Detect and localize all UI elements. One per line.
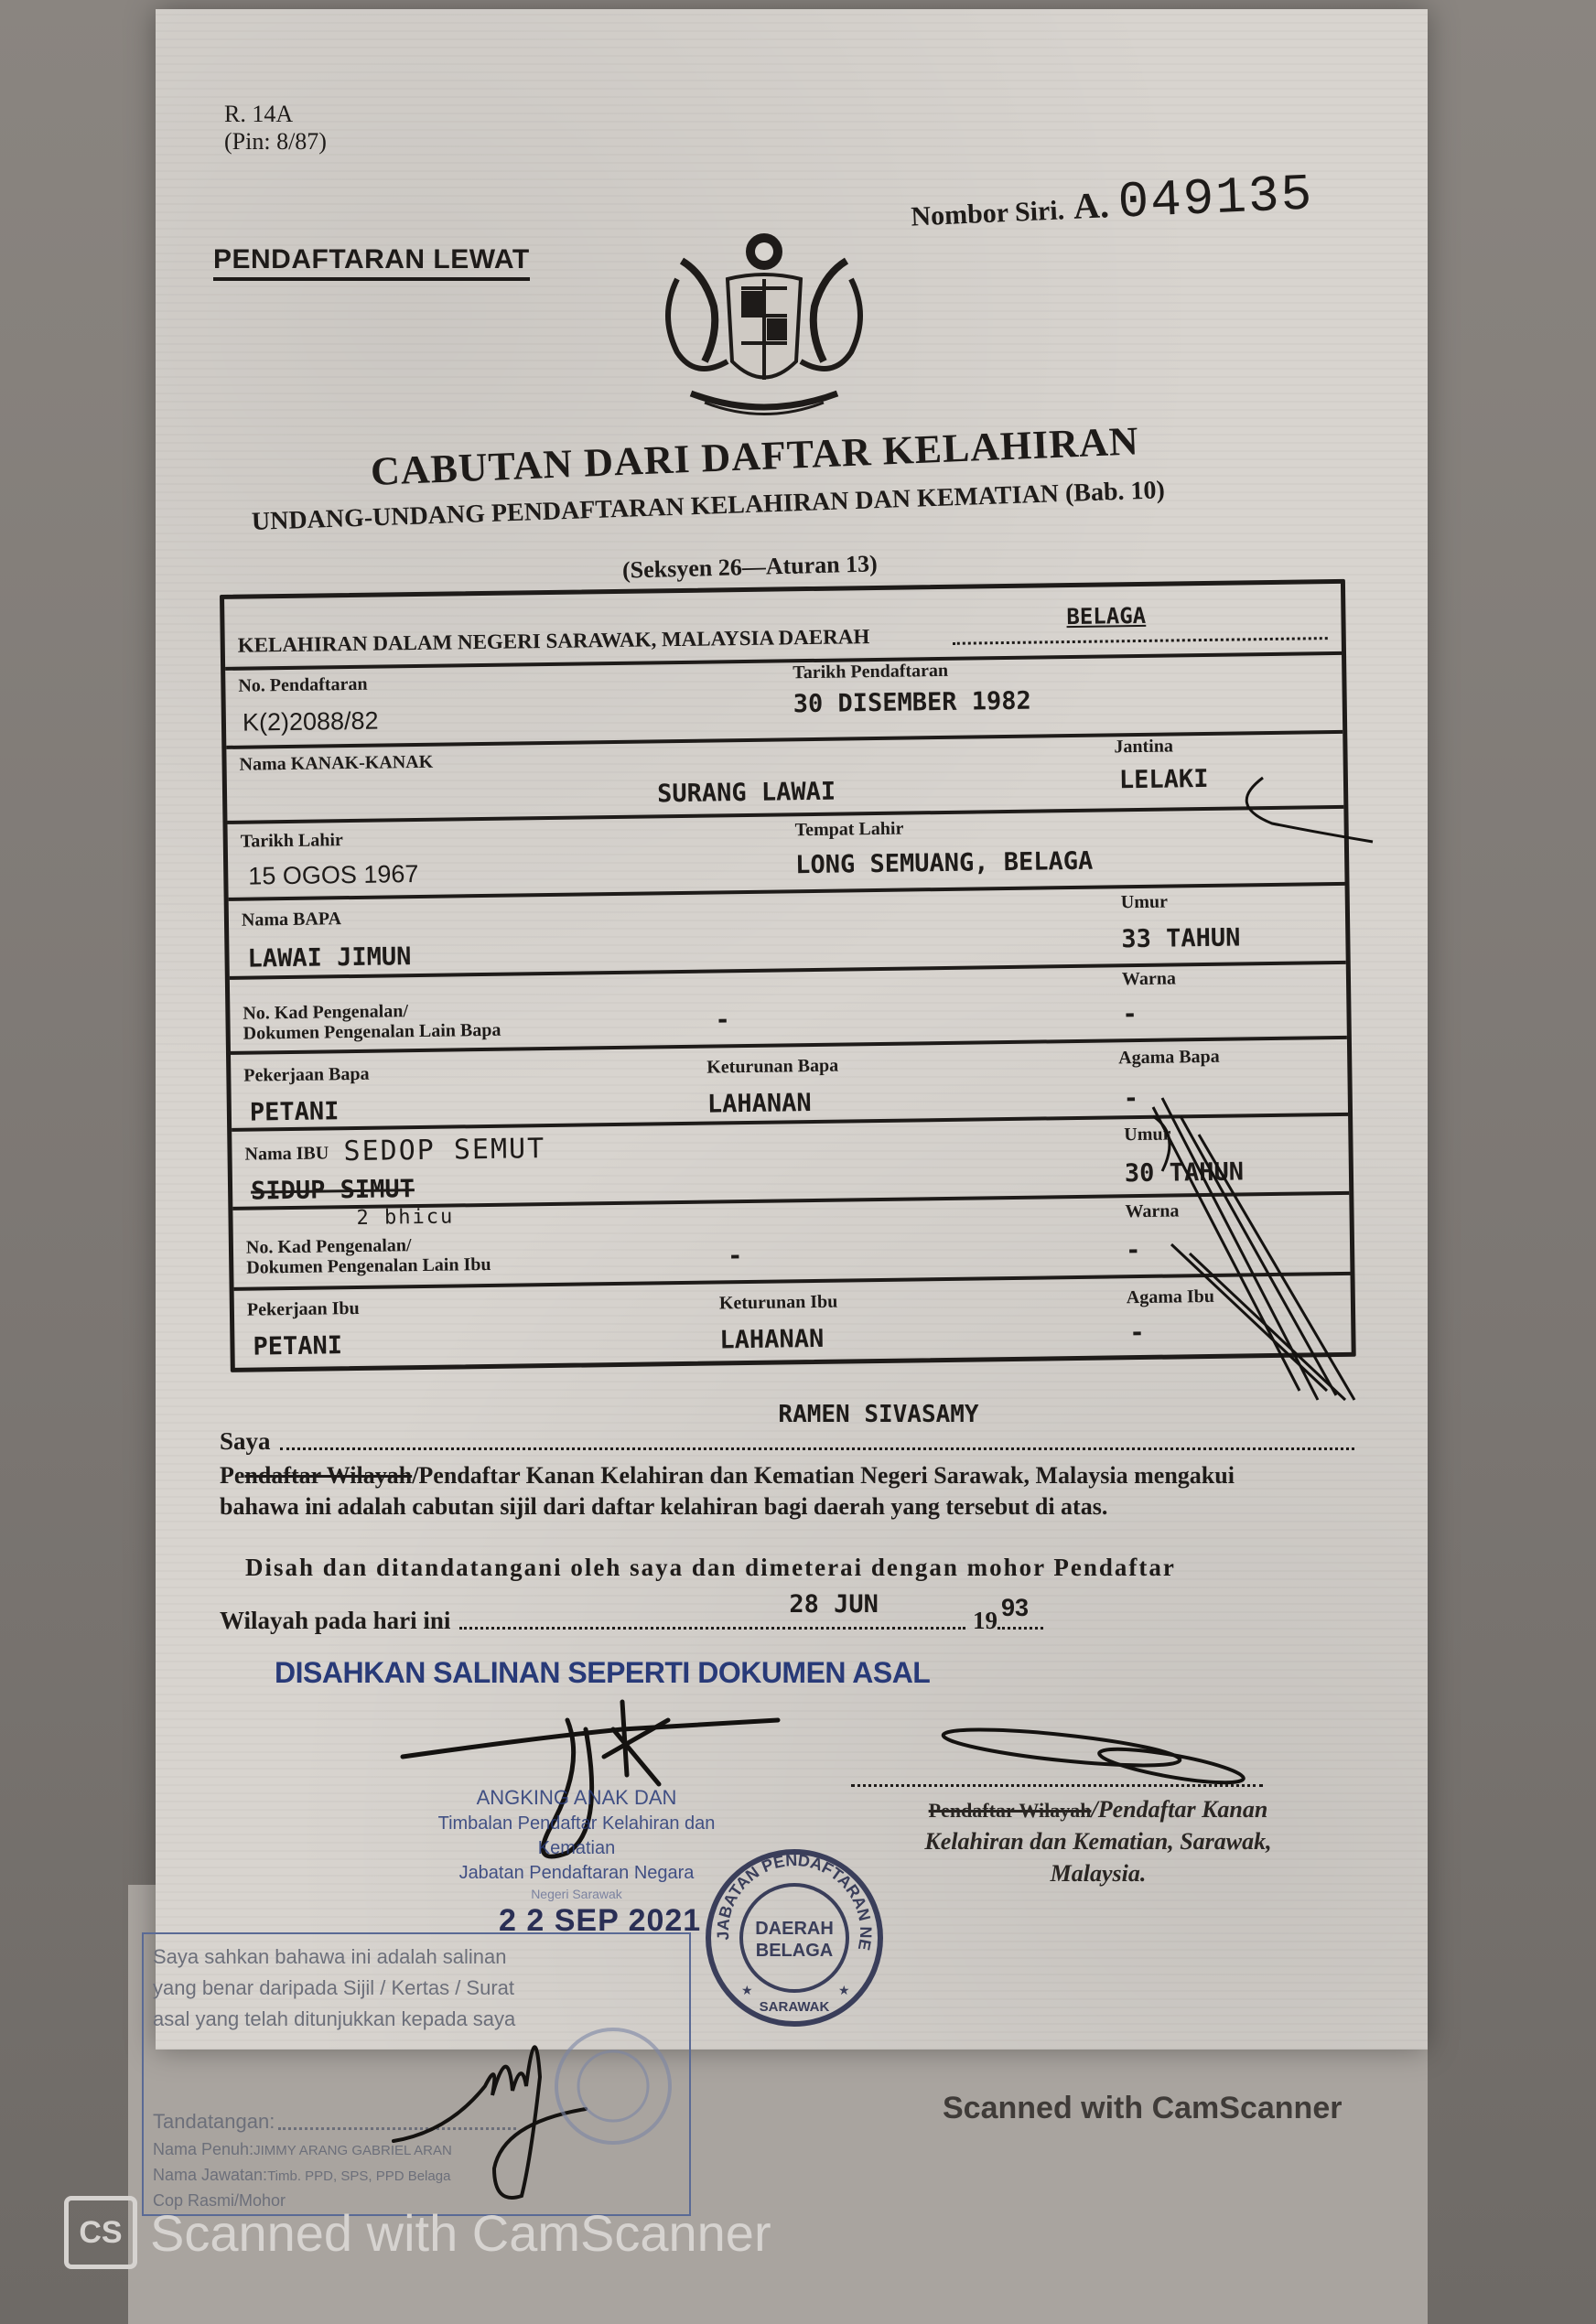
signatory-title: Pendaftar Wilayah/Pendaftar Kanan Kelahi… bbox=[879, 1793, 1318, 1889]
year-suffix-value: 93 bbox=[1001, 1594, 1029, 1622]
svg-text:★: ★ bbox=[741, 1984, 753, 1998]
date-dotted-line: 28 JUN bbox=[459, 1627, 965, 1630]
year-prefix: 19 bbox=[973, 1607, 997, 1635]
mother-id-value: - bbox=[728, 1242, 743, 1270]
faded-seal-icon bbox=[549, 2022, 677, 2150]
district-value: BELAGA bbox=[1066, 603, 1146, 629]
mother-race-label: Keturunan Ibu bbox=[719, 1292, 838, 1314]
saya-label: Saya bbox=[220, 1427, 271, 1456]
declaration-saya-line: Saya bbox=[220, 1427, 1354, 1456]
mother-name-label: Nama IBU bbox=[244, 1143, 329, 1164]
officer-dept: Jabatan Pendaftaran Negara bbox=[403, 1861, 750, 1886]
decl-rest: /Pendaftar Kanan Kelahiran dan Kematian … bbox=[412, 1462, 1235, 1489]
cert-line2: yang benar daripada Sijil / Kertas / Sur… bbox=[153, 1973, 680, 2004]
serial-label: Nombor Siri. bbox=[911, 195, 1065, 232]
seal-inner-text: DAERAH BELAGA bbox=[703, 1918, 886, 1962]
father-id-label-line1: No. Kad Pengenalan/ bbox=[243, 1001, 408, 1024]
registrar-signature-line bbox=[851, 1784, 1263, 1787]
mother-correction-note: 2 bhicu bbox=[356, 1205, 454, 1229]
saya-dotted-line bbox=[280, 1447, 1354, 1450]
father-job-label: Pekerjaan Bapa bbox=[243, 1064, 370, 1086]
cert-position-label: Nama Jawatan: bbox=[153, 2166, 267, 2184]
signatory-struck-title: Pendaftar Wilayah bbox=[929, 1799, 1092, 1822]
gender-label: Jantina bbox=[1114, 736, 1173, 757]
mother-job-value: PETANI bbox=[253, 1331, 342, 1361]
child-name-label: Nama KANAK-KANAK bbox=[239, 752, 433, 775]
registrar-name-value: RAMEN SIVASAMY bbox=[778, 1401, 978, 1428]
decl-prefix: Pe bbox=[220, 1462, 244, 1489]
mother-id-label-line2: Dokumen Pengenalan Lain Ibu bbox=[246, 1254, 491, 1278]
mother-race-value: LAHANAN bbox=[719, 1325, 824, 1355]
seal-inner-line2: BELAGA bbox=[703, 1940, 886, 1962]
malaysia-coat-of-arms-icon bbox=[641, 224, 888, 435]
signatory-line2: Kelahiran dan Kematian, Sarawak, bbox=[879, 1825, 1318, 1857]
cert-sign-label: Tandatangan: bbox=[153, 2106, 275, 2137]
registration-no-label: No. Pendaftaran bbox=[238, 674, 367, 696]
mother-name-correction: SEDOP SEMUT bbox=[343, 1133, 545, 1167]
certified-copy-stamp: DISAHKAN SALINAN SEPERTI DOKUMEN ASAL bbox=[275, 1656, 930, 1690]
mother-id-label-line1: No. Kad Pengenalan/ bbox=[246, 1235, 412, 1258]
district-dotted-line bbox=[953, 637, 1328, 645]
father-id-label: No. Kad Pengenalan/ Dokumen Pengenalan L… bbox=[243, 1000, 501, 1044]
registration-date-value: 30 DISEMBER 1982 bbox=[793, 687, 1032, 719]
registration-no-value: K(2)2088/82 bbox=[243, 707, 379, 737]
mother-name-original: SIDUP SIMUT bbox=[251, 1175, 415, 1205]
birth-date-label: Tarikh Lahir bbox=[241, 830, 343, 852]
declaration-line-4: Wilayah pada hari ini 28 JUN 19 93 bbox=[220, 1607, 1043, 1635]
form-pin-label: (Pin: 8/87) bbox=[224, 128, 327, 156]
form-code: R. 14A (Pin: 8/87) bbox=[224, 101, 327, 156]
birth-place-label: Tempat Lahir bbox=[794, 819, 903, 841]
officer-title: Timbalan Pendaftar Kelahiran dan Kematia… bbox=[403, 1812, 750, 1861]
svg-text:SARAWAK: SARAWAK bbox=[760, 1999, 830, 2015]
declaration-line-3: Disah dan ditandatangani oleh saya dan d… bbox=[220, 1554, 1354, 1582]
father-id-value: - bbox=[715, 1006, 730, 1034]
father-id-label-line2: Dokumen Pengenalan Lain Bapa bbox=[243, 1020, 501, 1044]
serial-value: 049135 bbox=[1116, 165, 1314, 231]
signatory-line3: Malaysia. bbox=[879, 1857, 1318, 1889]
form-code-label: R. 14A bbox=[224, 101, 327, 128]
signatory-line1: /Pendaftar Kanan bbox=[1091, 1796, 1267, 1823]
late-registration-label: PENDAFTARAN LEWAT bbox=[213, 244, 530, 281]
serial-prefix: A. bbox=[1073, 183, 1110, 228]
sign-date-value: 28 JUN bbox=[789, 1590, 879, 1619]
registrar-signature-icon bbox=[924, 1725, 1290, 1798]
officer-stamp: ANGKING ANAK DAN Timbalan Pendaftar Kela… bbox=[403, 1784, 750, 1903]
father-job-value: PETANI bbox=[250, 1097, 340, 1126]
cert-fullname-label: Nama Penuh: bbox=[153, 2140, 253, 2158]
camscanner-small-watermark: Scanned with CamScanner bbox=[943, 2091, 1342, 2126]
officer-state: Negeri Sarawak bbox=[403, 1886, 750, 1903]
initial-scribble-icon bbox=[1098, 769, 1400, 1409]
district-label: KELAHIRAN DALAM NEGERI SARAWAK, MALAYSIA… bbox=[238, 625, 870, 657]
mother-id-label: No. Kad Pengenalan/ Dokumen Pengenalan L… bbox=[246, 1234, 491, 1278]
wilayah-label: Wilayah pada hari ini bbox=[220, 1607, 450, 1635]
seal-inner-line1: DAERAH bbox=[703, 1918, 886, 1940]
officer-name: ANGKING ANAK DAN bbox=[403, 1784, 750, 1812]
father-race-value: LAHANAN bbox=[707, 1089, 812, 1119]
svg-text:★: ★ bbox=[838, 1984, 850, 1998]
father-name-label: Nama BAPA bbox=[242, 909, 341, 931]
registration-date-label: Tarikh Pendaftaran bbox=[793, 661, 948, 683]
camscanner-watermark: CS Scanned with CamScanner bbox=[64, 2196, 771, 2269]
camscanner-text: Scanned with CamScanner bbox=[150, 2203, 771, 2263]
registrar-name: RAMEN SIVASAMY bbox=[220, 1400, 1354, 1428]
father-race-label: Keturunan Bapa bbox=[706, 1056, 838, 1078]
cert-line1: Saya sahkan bahawa ini adalah salinan bbox=[153, 1942, 680, 1973]
declaration-line-2: bahawa ini adalah cabutan sijil dari daf… bbox=[220, 1493, 1354, 1521]
registration-department-seal: JABATAN PENDAFTARAN NEGARA SARAWAK ★ ★ D… bbox=[703, 1846, 886, 2029]
father-name-value: LAWAI JIMUN bbox=[247, 942, 411, 973]
mother-job-label: Pekerjaan Ibu bbox=[247, 1298, 360, 1320]
child-name-value: SURANG LAWAI bbox=[657, 778, 836, 809]
birth-place-value: LONG SEMUANG, BELAGA bbox=[795, 847, 1094, 880]
camscanner-logo-icon: CS bbox=[64, 2196, 137, 2269]
year-dotted-line: 93 bbox=[997, 1627, 1043, 1630]
declaration-line-1: Pendaftar Wilayah/Pendaftar Kanan Kelahi… bbox=[220, 1462, 1354, 1490]
birth-date-value: 15 OGOS 1967 bbox=[248, 860, 419, 891]
decl-struck-title: ndaftar Wilayah bbox=[244, 1462, 412, 1489]
